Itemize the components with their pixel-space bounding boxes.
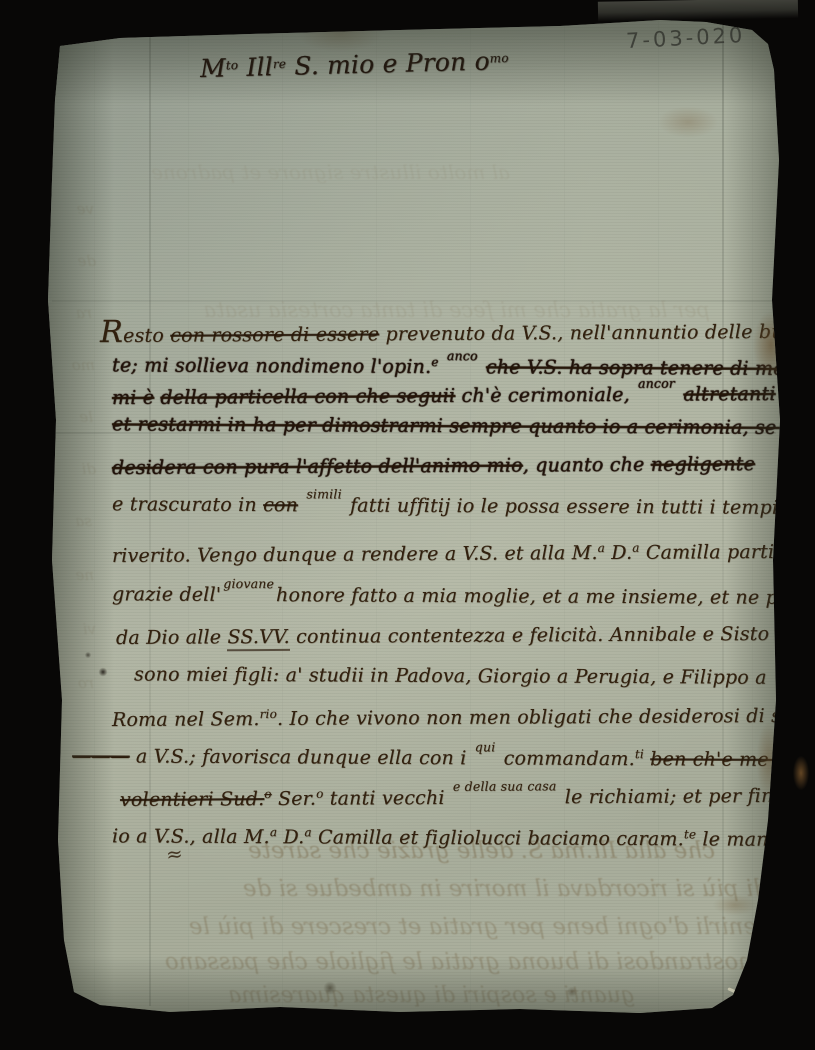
handwritten-text: o [316, 787, 324, 801]
manuscript-page: che alla Ill.ma S. delle grazie che sare… [0, 0, 815, 1050]
struck-text: ——— [72, 745, 130, 767]
handwritten-text: da Dio alle [116, 626, 228, 649]
handwritten-text: prevenuto da V.S., nell'annuntio delle b… [379, 320, 815, 345]
handwritten-text: ch'è cerimoniale, [455, 384, 636, 407]
handwritten-text: continua contentezza e felicità. Annibal… [290, 623, 770, 648]
handwritten-text: to [226, 58, 239, 72]
handwritten-text: sono miei figli: a' studii in Padova, Gi… [134, 663, 767, 688]
handwritten-text: D. [277, 826, 304, 848]
handwritten-text: M [200, 53, 227, 83]
inserted-text: simili [306, 486, 342, 501]
stain-fragment [793, 756, 809, 790]
handwritten-text: te; mi sollieva nondimeno l'opin. [112, 354, 431, 378]
inserted-text: qui [475, 739, 496, 754]
handwritten-text: S. mio e Pron o [286, 46, 490, 80]
handwritten-text: SS.VV. [227, 626, 290, 651]
handwritten-text: rio [260, 707, 277, 721]
handwritten-text: io a V.S., alla M. [112, 825, 270, 848]
manuscript-scan: che alla Ill.ma S. delle grazie che sare… [0, 0, 815, 1050]
handwritten-text [439, 356, 445, 378]
handwritten-text: fatti uffitij io le possa essere in tutt… [344, 495, 779, 519]
handwritten-text: commandam. [497, 747, 635, 770]
manuscript-line: sono miei figli: a' studii in Padova, Gi… [100, 665, 775, 709]
handwritten-text: e trascurato in [112, 493, 263, 516]
manuscript-line: e trascurato in con simili fatti uffitij… [100, 495, 775, 539]
handwritten-text: Camilla et figliolucci baciamo caram. [312, 826, 684, 850]
handwritten-text: Camilla particolariss. [640, 540, 815, 563]
handwritten-text: grazie dell' [112, 583, 221, 606]
handwritten-text: . Io che vivono non men obligati che des… [277, 705, 815, 730]
handwritten-text: ti [635, 747, 644, 761]
manuscript-line: Roma nel Sem.rio. Io che vivono non men … [100, 705, 775, 749]
struck-text: desidera con pura l'affetto dell'animo m… [112, 454, 523, 479]
manuscript-line: grazie dell'giovanehonore fatto a mia mo… [100, 585, 775, 629]
struck-text: ben ch'e me ne vagli di [650, 748, 815, 771]
inserted-text: anco [447, 348, 478, 363]
handwritten-text: a [632, 541, 639, 555]
handwritten-text: affettuosa [775, 382, 815, 405]
struck-text: negligente [651, 453, 755, 476]
letter-body: Resto con rossore di essere prevenuto da… [100, 316, 775, 867]
manuscript-line: riverito. Vengo dunque a rendere a V.S. … [100, 541, 775, 585]
handwritten-text: a [304, 825, 311, 839]
handwritten-text: mo [489, 51, 508, 65]
handwritten-text: re [273, 57, 287, 71]
handwritten-text: , quanto che [523, 454, 651, 477]
ink-flourish: ≈ [165, 841, 182, 866]
handwritten-text: Ill [238, 52, 273, 82]
struck-text: della particella con che seguii [160, 385, 455, 409]
struck-text: con rossore di essere [170, 323, 379, 346]
handwritten-text [298, 494, 304, 516]
struck-text: mi è [112, 387, 154, 409]
handwritten-text: Ser. [272, 788, 316, 810]
manuscript-line: da Dio alle SS.VV. continua contentezza … [100, 625, 775, 669]
manuscript-line: volentieri Sud.o Ser.o tanti vecchi e de… [100, 785, 775, 829]
paper-fiber [727, 987, 768, 1008]
handwritten-text: Roma nel Sem. [112, 708, 260, 731]
handwritten-text: e [431, 355, 438, 369]
paper-fiber [757, 897, 778, 915]
handwritten-text: a V.S.; favorisca dunque ella con i [130, 745, 473, 769]
struck-text: altretanti [683, 383, 775, 406]
backing-sheet-edge [598, 0, 798, 22]
struck-text: volentieri Sud. [120, 788, 264, 811]
manuscript-line: ——— a V.S.; favorisca dunque ella con i … [60, 745, 775, 789]
handwritten-text: D. [605, 542, 632, 564]
inserted-text: e della sua casa [453, 778, 557, 794]
handwritten-text: te [684, 827, 696, 841]
manuscript-line: Resto con rossore di essere prevenuto da… [100, 314, 775, 358]
inserted-text: ancor [638, 376, 675, 391]
struck-text: et restarmi in ha per dimostrarmi sempre… [112, 413, 807, 439]
inserted-text: giovane [223, 576, 274, 591]
struck-text: o [264, 787, 272, 801]
handwritten-text: riverito. Vengo dunque a rendere a V.S. … [112, 542, 598, 567]
handwritten-text: le mani. [696, 828, 781, 850]
manuscript-line: desidera con pura l'affetto dell'animo m… [100, 455, 775, 499]
handwritten-text: honore fatto a mia moglie, et a me insie… [276, 584, 815, 609]
handwritten-text: Resto [100, 325, 170, 347]
handwritten-text: le richiami; et per fine mia moglie, et [558, 784, 815, 808]
manuscript-line: io a V.S., alla M.a D.a Camilla et figli… [100, 825, 775, 869]
struck-text: con [263, 494, 298, 516]
handwritten-text: tanti vecchi [323, 787, 451, 810]
manuscript-line: et restarmi in ha per dimostrarmi sempre… [100, 415, 775, 459]
